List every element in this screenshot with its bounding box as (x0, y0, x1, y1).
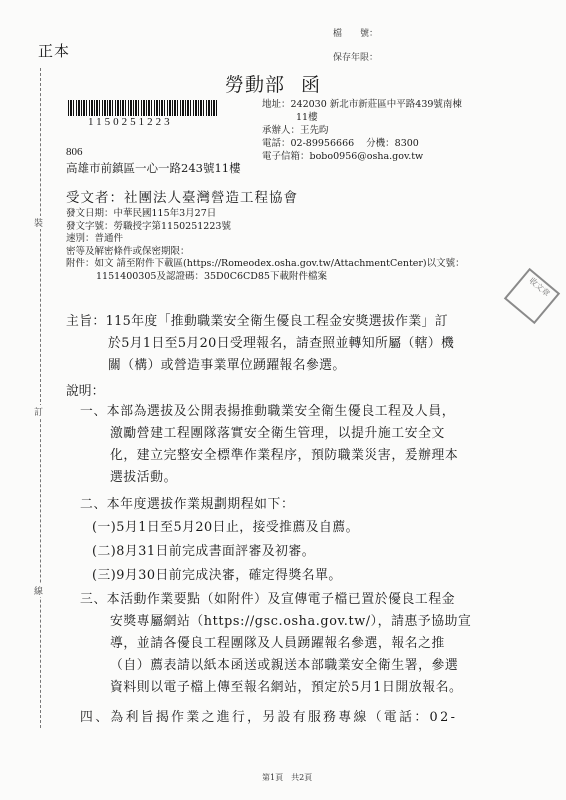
item1-line-3: 化，建立完整安全標準作業程序，預防職業災害，爰辦理本 (80, 445, 458, 467)
title-agency: 勞動部 (225, 74, 285, 96)
page-number: 第1頁共2頁 (262, 772, 312, 783)
barcode-number: 1150251223 (88, 116, 173, 128)
item3-line-4: （自）薦表請以紙本函送或親送本部職業安全衛生署，參選 (80, 655, 471, 677)
binding-char-ding: 訂 (34, 405, 43, 418)
binding-line (40, 68, 41, 728)
recipient-address: 高雄市前鎮區一心一路243號11樓 (66, 160, 241, 176)
schedule-item-1: (一)5月1日至5月20日止，接受推薦及自薦。 (92, 516, 359, 535)
schedule-item-3: (三)9月30日前完成決審，確定得獎名單。 (92, 564, 342, 583)
document-number: 發文字號：勞職授字第1150251223號 (66, 221, 465, 234)
item1-line-4: 選拔活動。 (80, 467, 458, 489)
sender-address-cont: 11樓 (262, 111, 462, 124)
copy-label: 正本 (38, 40, 70, 61)
recipient-zip: 806 (66, 146, 83, 158)
item3-line-1: 三、本活動作業要點（如附件）及宣傳電子檔已置於優良工程金 (80, 592, 455, 607)
item3-line-2: 安獎專屬網站（https://gsc.osha.gov.tw/），請惠予協助宣 (80, 611, 471, 633)
subject: 主旨：115年度「推動職業安全衛生優良工程金安獎選拔作業」訂 於5月1日至5月2… (66, 311, 454, 377)
description-item-2: 二、本年度選拔作業規劃期程如下： (80, 494, 294, 516)
sender-info: 地址：242030 新北市新莊區中平路439號南棟 11樓 承辦人：王先昀 電話… (262, 98, 462, 163)
binding-char-xian: 線 (34, 584, 43, 597)
page-current: 第1頁 (262, 773, 283, 782)
delivery-speed: 速別：普通件 (66, 233, 465, 246)
recipient: 受文者：社團法人臺灣營造工程協會 (66, 186, 298, 206)
file-number-label-b: 號： (360, 29, 378, 39)
item1-line-2: 激勵營建工程團隊落實安全衛生管理，以提升施工安全文 (80, 423, 458, 445)
document-meta: 發文日期：中華民國115年3月27日 發文字號：勞職授字第1150251223號… (66, 208, 465, 283)
retention-period-label: 保存年限： (333, 50, 378, 63)
sender-phone-row: 電話：02-89956666分機：8300 (262, 137, 462, 150)
item3-line-3: 導，並請各優良工程團隊及人員踴躍報名參選，報名之推 (80, 633, 471, 655)
attachment-info-cont: 1151400305及認證碼：35D0C6CD85下載附件檔案 (66, 271, 465, 284)
item3-line-5: 資料則以電子檔上傳至報名網站，預定於5月1日開放報名。 (80, 677, 471, 699)
sender-extension: 分機：8300 (366, 137, 419, 150)
barcode (68, 100, 218, 116)
attachment-info: 附件：如文 請至附件下載區(https://Romeodex.osha.gov.… (66, 258, 465, 271)
description-item-1: 一、本部為選拔及公開表揚推動職業安全衛生優良工程及人員， 激勵營建工程團隊落實安… (80, 401, 458, 489)
received-stamp: 收文章 (504, 268, 560, 324)
document-title: 勞動部函 (225, 70, 321, 97)
title-type: 函 (301, 74, 321, 96)
subject-line-3: 關（構）或營造事業單位踴躍報名參選。 (66, 355, 454, 377)
sender-email: 電子信箱：bobo0956@osha.gov.tw (262, 150, 462, 163)
file-number-label-a: 檔 (333, 29, 342, 39)
file-number-label: 檔號： (333, 26, 378, 39)
issue-date: 發文日期：中華民國115年3月27日 (66, 208, 465, 221)
sender-phone: 電話：02-89956666 (262, 138, 354, 149)
description-item-3: 三、本活動作業要點（如附件）及宣傳電子檔已置於優良工程金 安獎專屬網站（http… (80, 589, 471, 699)
page-total: 共2頁 (291, 773, 312, 782)
sender-contact: 承辦人：王先昀 (262, 124, 462, 137)
schedule-item-2: (二)8月31日前完成書面評審及初審。 (92, 540, 315, 559)
subject-line-2: 於5月1日至5月20日受理報名，請查照並轉知所屬（轄）機 (66, 333, 454, 355)
confidentiality: 密等及解密條件或保密期限： (66, 246, 465, 259)
description-item-4: 四、為利旨揭作業之進行，另設有服務專線（電話：02- (80, 707, 457, 729)
sender-address: 地址：242030 新北市新莊區中平路439號南棟 (262, 98, 462, 111)
description-label: 說明： (66, 380, 104, 399)
binding-char-zhuang: 裝 (34, 216, 43, 229)
subject-line-1: 主旨：115年度「推動職業安全衛生優良工程金安獎選拔作業」訂 (66, 314, 448, 329)
item1-line-1: 一、本部為選拔及公開表揚推動職業安全衛生優良工程及人員， (80, 404, 455, 419)
